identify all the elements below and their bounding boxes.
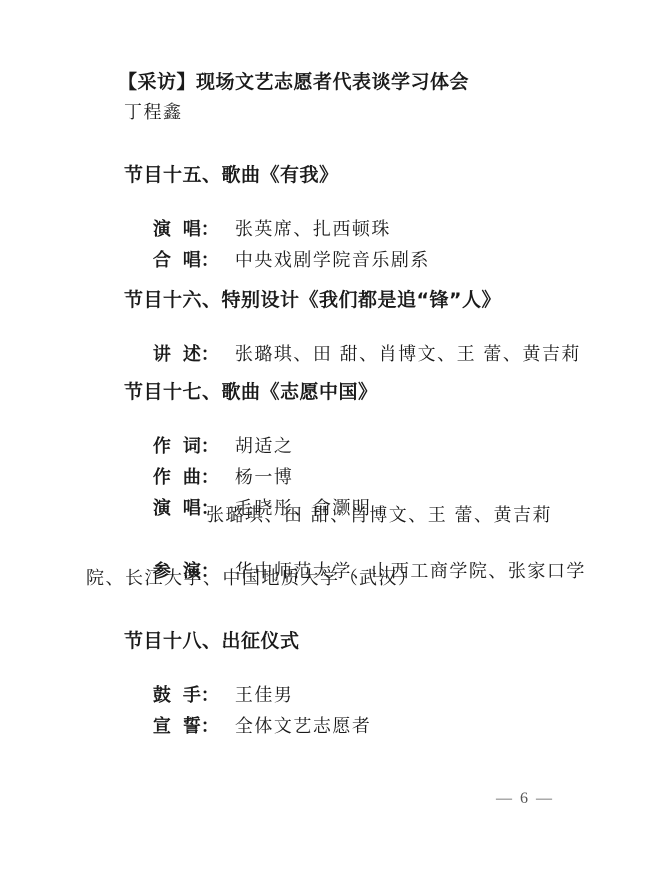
program-16-title: 节目十六、特别设计《我们都是追“锋”人》	[124, 288, 501, 312]
credit-value: 张璐琪、田 甜、肖博文、王 蕾、黄吉莉	[235, 344, 581, 365]
page-number: — 6 —	[496, 790, 554, 808]
credit-label: 誓：	[183, 716, 219, 737]
credit-label: 述：	[183, 344, 219, 365]
program-18-title: 节目十八、出征仪式	[124, 629, 300, 653]
interview-title: 【采访】现场文艺志愿者代表谈学习体会	[118, 70, 469, 94]
program-17-title: 节目十七、歌曲《志愿中国》	[124, 380, 378, 404]
credit-label: 宣	[153, 715, 183, 739]
credit-value: 全体文艺志愿者	[235, 716, 372, 737]
credit-row: 宣誓：全体文艺志愿者	[124, 691, 371, 763]
credit-label: 唱：	[183, 250, 219, 271]
interview-host: 丁程鑫	[124, 101, 183, 125]
credit-value: 中央戏剧学院音乐剧系	[235, 250, 430, 271]
credit-label: 演	[153, 497, 183, 521]
credit-row: 合唱：中央戏剧学院音乐剧系	[124, 225, 430, 297]
credit-value-continued: 张璐琪、田 甜、肖博文、王 蕾、黄吉莉	[206, 504, 552, 528]
credit-value-continued: 院、长江大学、中国地质大学（武汉）	[86, 567, 418, 591]
program-15-title: 节目十五、歌曲《有我》	[124, 163, 339, 187]
credit-label: 合	[153, 249, 183, 273]
credit-label: 讲	[153, 343, 183, 367]
